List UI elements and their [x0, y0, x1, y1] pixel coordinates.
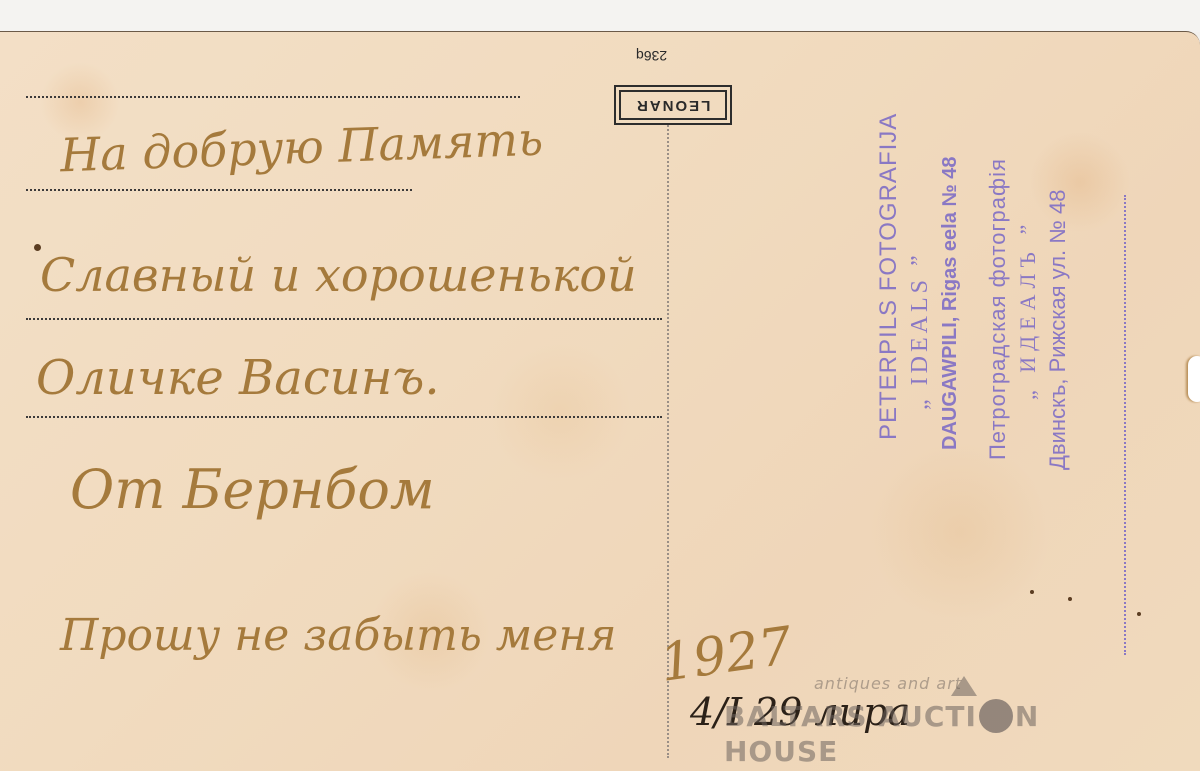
stain-spot	[34, 244, 41, 251]
signature: От Бернбом	[70, 458, 435, 521]
studio-line: „ ИДЕАЛЪ ”	[1015, 219, 1041, 400]
studio-line: „ IDEALS ”	[907, 251, 934, 410]
studio-line: DAUGAWPILI, Rigas eela № 48	[939, 157, 962, 451]
stamp-wavy-border	[1124, 195, 1138, 655]
printer-code: 236q	[636, 48, 667, 64]
printer-stamp: LEONAR	[614, 85, 732, 125]
stain-spot	[1030, 590, 1034, 594]
message-line: Оличке Васинъ.	[36, 350, 440, 406]
message-line: Славный и хорошенькой	[40, 248, 637, 302]
address-rule	[26, 189, 412, 191]
watermark-name-left: BALTARS AUCTI	[724, 700, 977, 733]
background-surface	[0, 0, 1200, 32]
stain-spot	[1068, 597, 1072, 601]
crown-icon	[951, 676, 977, 696]
watermark-o-icon	[979, 699, 1013, 733]
message-line: Прошу не забыть меня	[60, 610, 616, 661]
watermark-name: BALTARS AUCTIN HOUSE	[724, 700, 1124, 768]
studio-line: Петроградская фотографія	[985, 158, 1011, 460]
address-rule	[26, 416, 662, 418]
punch-hole	[1188, 356, 1200, 402]
printer-brand: LEONAR	[635, 97, 710, 114]
studio-line: PETERPILS FOTOGRAFIJA	[875, 113, 903, 440]
stain-spot	[1137, 612, 1141, 616]
address-rule	[26, 96, 520, 98]
address-rule	[26, 318, 662, 320]
studio-line: Двинскъ, Рижская ул. № 48	[1045, 190, 1071, 470]
watermark: antiques and art BALTARS AUCTIN HOUSE	[724, 672, 1124, 752]
watermark-tagline: antiques and art	[814, 674, 962, 693]
